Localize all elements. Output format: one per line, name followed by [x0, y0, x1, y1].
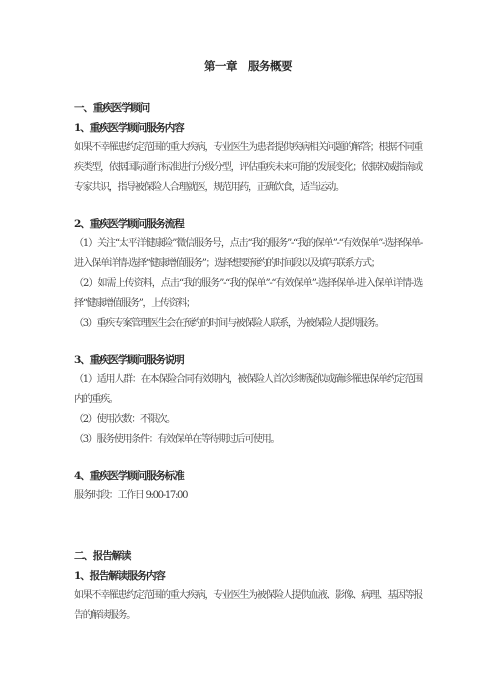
- section-heading-critical-illness-consultant: 一、重疾医学顾问: [74, 98, 422, 118]
- subheading-service-process: 2、重疾医学顾问服务流程: [74, 214, 422, 234]
- subheading-report-service-content: 1、报告解读服务内容: [74, 566, 422, 586]
- subheading-service-standard: 4、重疾医学顾问服务标准: [74, 466, 422, 486]
- document-page: 第一章 服务概要 一、重疾医学顾问 1、重疾医学顾问服务内容 如果不幸罹患约定范…: [0, 0, 495, 700]
- paragraph-notes-applicable-people: （1）适用人群：在本保险合同有效期内，被保险人首次诊断疑似或确诊罹患保单约定范围…: [74, 370, 422, 410]
- paragraph-service-hours: 服务时段：工作日 9:00-17:00: [74, 486, 422, 506]
- paragraph-notes-usage-condition: （3）服务使用条件：有效保单在等待期过后可使用。: [74, 430, 422, 450]
- paragraph-report-service-content: 如果不幸罹患约定范围的重大疾病，专业医生为被保险人提供血液、影像、病理、基因等报…: [74, 586, 422, 626]
- subheading-service-notes: 3、重疾医学顾问服务说明: [74, 350, 422, 370]
- section-heading-report-interpretation: 二、报告解读: [74, 546, 422, 566]
- paragraph-process-step-2: （2）如需上传资料，点击“我的服务”-“我的保单”-“有效保单”-选择保单-进入…: [74, 274, 422, 314]
- paragraph-process-step-3: （3）重疾专案管理医生会在预约的时间与被保险人联系，为被保险人提供服务。: [74, 314, 422, 334]
- subheading-service-content: 1、重疾医学顾问服务内容: [74, 118, 422, 138]
- paragraph-service-content: 如果不幸罹患约定范围的重大疾病，专业医生为患者提供疾病相关问题的解答；根据不同重…: [74, 138, 422, 198]
- chapter-title: 第一章 服务概要: [74, 56, 422, 76]
- paragraph-notes-usage-count: （2）使用次数：不限次。: [74, 410, 422, 430]
- paragraph-process-step-1: （1）关注“太平洋健康险”微信服务号，点击“我的服务”-“我的保单”-“有效保单…: [74, 234, 422, 274]
- document-body: 一、重疾医学顾问 1、重疾医学顾问服务内容 如果不幸罹患约定范围的重大疾病，专业…: [74, 98, 422, 626]
